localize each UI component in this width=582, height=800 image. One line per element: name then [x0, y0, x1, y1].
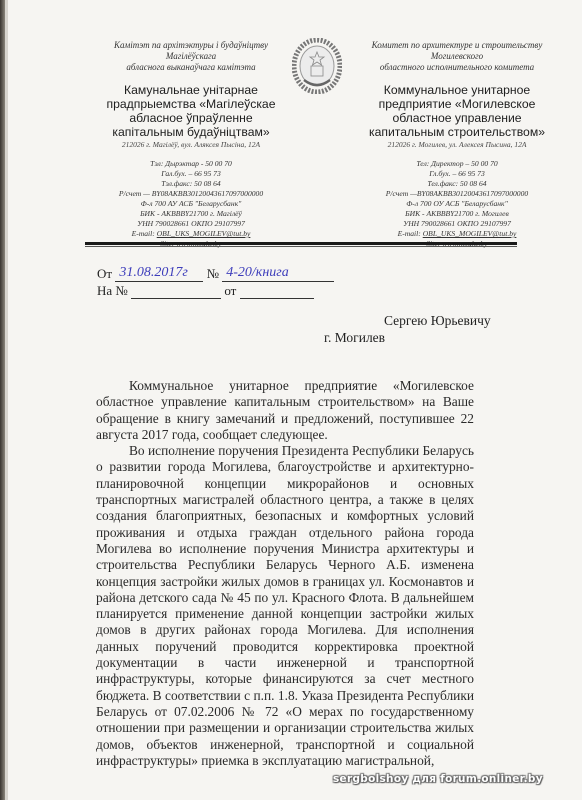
email-link[interactable]: OBL_UKS_MOGILEV@tut.by [423, 229, 517, 238]
contact-line: Ф-л 700 ОУ АСБ "Беларусбанк" [352, 199, 562, 209]
ministry-line: Комитет по архитектуре и строительству [352, 40, 562, 51]
header-left-belarusian: Камітэт па архітэктуры і будаўніцтву Маг… [82, 40, 300, 149]
contact-line: Тел.факс: 50 08 64 [352, 179, 562, 189]
contact-line: Тэл.факс: 50 08 64 [82, 179, 300, 189]
org-name-line: абласное ўпраўленне [82, 111, 300, 125]
contact-line: Тэл: Дырэктар - 50 00 70 [82, 159, 300, 169]
from-label: От [97, 266, 112, 281]
handwritten-number: 4-20/книга [226, 265, 289, 281]
ministry-name-by: Камітэт па архітэктуры і будаўніцтву Маг… [82, 40, 300, 73]
org-name-line: Камунальнае унітарнае [82, 83, 300, 97]
ministry-name-ru: Комитет по архитектуре и строительству М… [352, 40, 562, 73]
number-label: № [207, 266, 219, 281]
outgoing-reference: От 31.08.2017г № 4-20/книга [97, 266, 334, 282]
contacts-by: Тэл: Дырэктар - 50 00 70 Гал.бух. – 66 9… [82, 159, 300, 249]
ministry-line: Камітэт па архітэктуры і будаўніцтву [82, 40, 300, 51]
email-line: E-mail: OBL_UKS_MOGILEV@tut.by [352, 229, 562, 239]
contact-line: Гл.бух. – 66 95 73 [352, 169, 562, 179]
contact-line: Тел: Директор – 50 00 70 [352, 159, 562, 169]
ministry-line: Магілёўскага [82, 51, 300, 62]
contact-line: Гал.бух. – 66 95 73 [82, 169, 300, 179]
email-label: E-mail: [132, 229, 155, 238]
contact-line: Ф-л 700 АУ АСБ "Беларусбанк" [82, 199, 300, 209]
reply-to-label: На № [97, 283, 128, 298]
contact-line: БИК - AKBBBY21700 г. Магілёў [82, 209, 300, 219]
address-by: 212026 г. Магілёў, вул. Аляксея Пысіна, … [82, 140, 300, 149]
recipient-city: г. Могилев [324, 330, 385, 346]
org-name-line: капітальным будаўніцтвам» [82, 125, 300, 139]
org-name-by: Камунальнае унітарнае прадпрыемства «Маг… [82, 83, 300, 139]
reply-to-field [131, 284, 221, 299]
from-date-field: 31.08.2017г [115, 267, 203, 282]
address-ru: 212026 г. Могилев, ул. Алексея Пысина, 1… [352, 140, 562, 149]
contact-line: Р/счет — BY08AKBB30120043617097000000 [82, 189, 300, 199]
number-field: 4-20/книга [222, 267, 334, 282]
contact-line: Р/счет —BY08AKBB30120043617097000000 [352, 189, 562, 199]
reply-date-label: от [224, 283, 236, 298]
ministry-line: Могилевского [352, 51, 562, 62]
ministry-line: областного исполнительного комитета [352, 62, 562, 73]
header-right-russian: Комитет по архитектуре и строительству М… [352, 40, 562, 149]
header-divider-thin [85, 246, 517, 247]
letter-body: Коммунальное унитарное предприятие «Моги… [96, 378, 474, 769]
body-paragraph: Коммунальное унитарное предприятие «Моги… [96, 378, 474, 443]
org-name-ru: Коммунальное унитарное предприятие «Моги… [352, 83, 562, 139]
contact-line: БИК - AKBBBY21700 г. Могилев [352, 209, 562, 219]
contact-line: УНН 790028661 ОКПО 29107997 [352, 219, 562, 229]
email-line: E-mail: OBL_UKS_MOGILEV@tut.by [82, 229, 300, 239]
email-link[interactable]: OBL_UKS_MOGILEV@tut.by [157, 229, 251, 238]
org-name-line: Коммунальное унитарное [352, 83, 562, 97]
contact-line: УНН 790028661 ОКПО 29107997 [82, 219, 300, 229]
recipient-name: Сергею Юрьевичу [384, 313, 491, 329]
body-paragraph: Во исполнение поручения Президента Респу… [96, 443, 474, 769]
ministry-line: абласнога выканаўчага камітэта [82, 62, 300, 73]
org-name-line: областное управление [352, 111, 562, 125]
belarus-emblem-icon [292, 38, 342, 94]
scan-edge-highlight [5, 0, 8, 800]
reply-date-field [240, 284, 314, 299]
incoming-reference: На № от [97, 283, 314, 299]
header-divider-thick [85, 242, 517, 245]
org-name-line: предприятие «Могилевское [352, 97, 562, 111]
watermark: sergbolshoy для forum.onliner.by [333, 773, 543, 785]
handwritten-date: 31.08.2017г [119, 265, 187, 281]
org-name-line: прадпрыемства «Магілеўскае [82, 97, 300, 111]
contacts-ru: Тел: Директор – 50 00 70 Гл.бух. – 66 95… [352, 159, 562, 249]
email-label: E-mail: [398, 229, 421, 238]
org-name-line: капитальным строительством» [352, 125, 562, 139]
